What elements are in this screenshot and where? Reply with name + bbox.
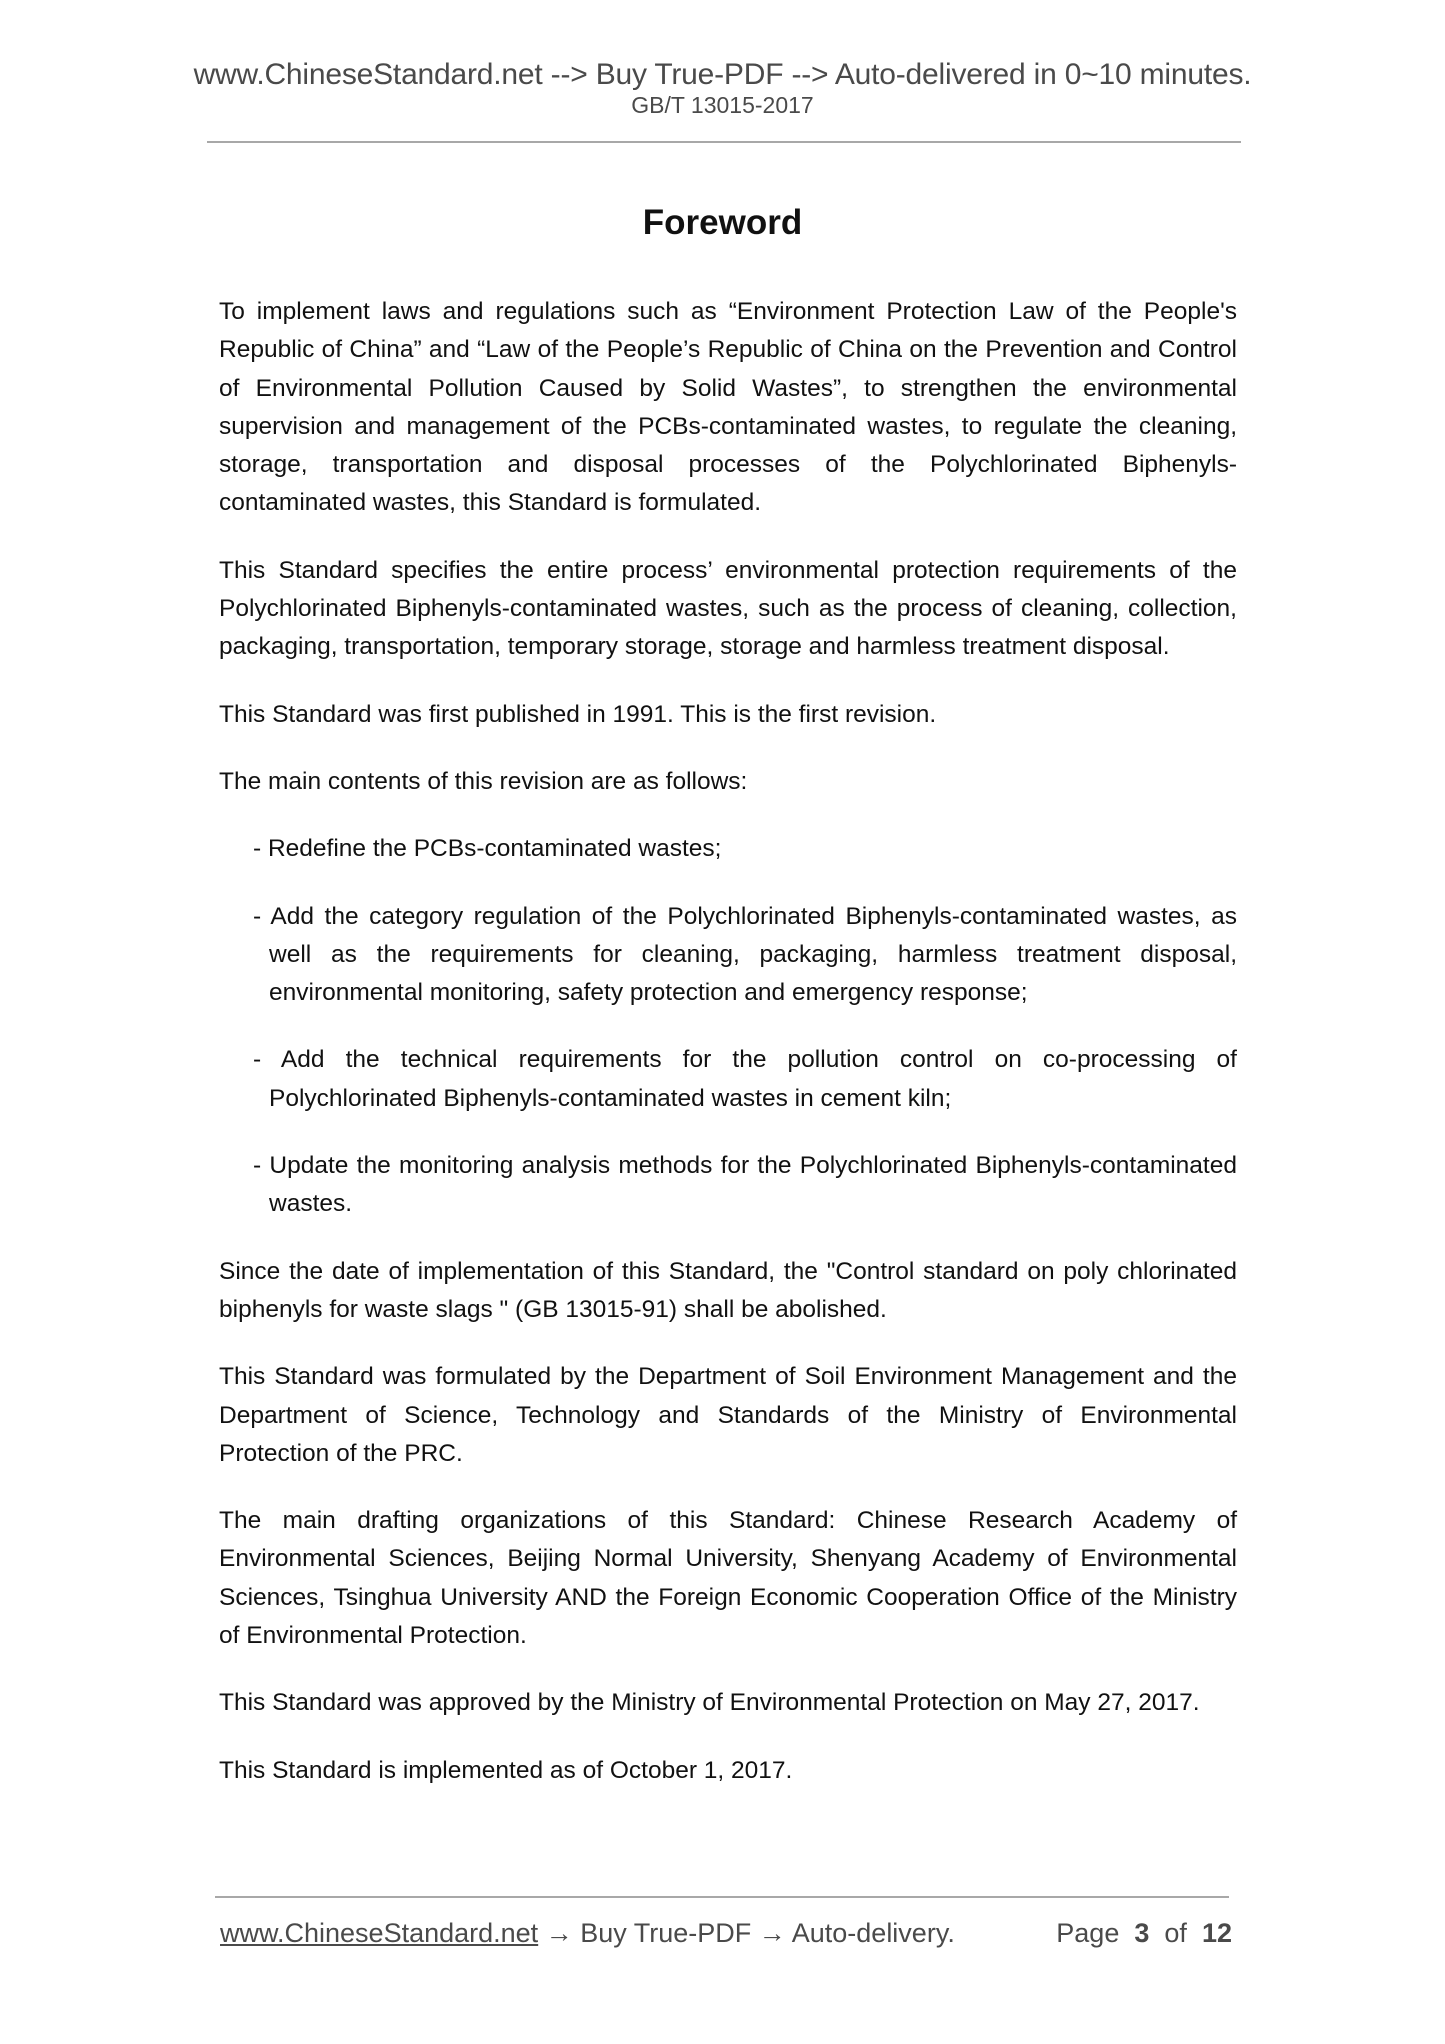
header-banner: www.ChineseStandard.net --> Buy True-PDF… (0, 58, 1445, 92)
paragraph-formulated-by: This Standard was formulated by the Depa… (219, 1358, 1237, 1473)
footer-tail: → Buy True-PDF → Auto-delivery. (538, 1918, 955, 1948)
page-title: Foreword (0, 203, 1445, 243)
paragraph-history: This Standard was first published in 199… (219, 696, 1237, 734)
paragraph-purpose: To implement laws and regulations such a… (219, 293, 1237, 523)
paragraph-abolition: Since the date of implementation of this… (219, 1253, 1237, 1330)
list-item: - Add the category regulation of the Pol… (253, 898, 1237, 1013)
paragraph-implementation: This Standard is implemented as of Octob… (219, 1752, 1237, 1790)
footer-site-link[interactable]: www.ChineseStandard.net (220, 1918, 538, 1948)
document-body: To implement laws and regulations such a… (219, 293, 1237, 1819)
paragraph-approval: This Standard was approved by the Minist… (219, 1684, 1237, 1722)
standard-code: GB/T 13015-2017 (0, 92, 1445, 118)
footer-divider (215, 1896, 1229, 1898)
list-item: - Redefine the PCBs-contaminated wastes; (253, 830, 1237, 868)
page-current: 3 (1134, 1918, 1149, 1948)
page-total: 12 (1202, 1918, 1232, 1948)
footer-text: www.ChineseStandard.net → Buy True-PDF →… (220, 1918, 955, 1948)
paragraph-scope: This Standard specifies the entire proce… (219, 552, 1237, 667)
list-item: - Add the technical requirements for the… (253, 1041, 1237, 1118)
footer: www.ChineseStandard.net → Buy True-PDF →… (220, 1918, 1232, 1949)
header-divider (207, 141, 1241, 143)
paragraph-drafting-orgs: The main drafting organizations of this … (219, 1502, 1237, 1655)
paragraph-revision-intro: The main contents of this revision are a… (219, 763, 1237, 801)
list-item: - Update the monitoring analysis methods… (253, 1147, 1237, 1224)
page-indicator: Page 3 of 12 (1056, 1918, 1232, 1949)
